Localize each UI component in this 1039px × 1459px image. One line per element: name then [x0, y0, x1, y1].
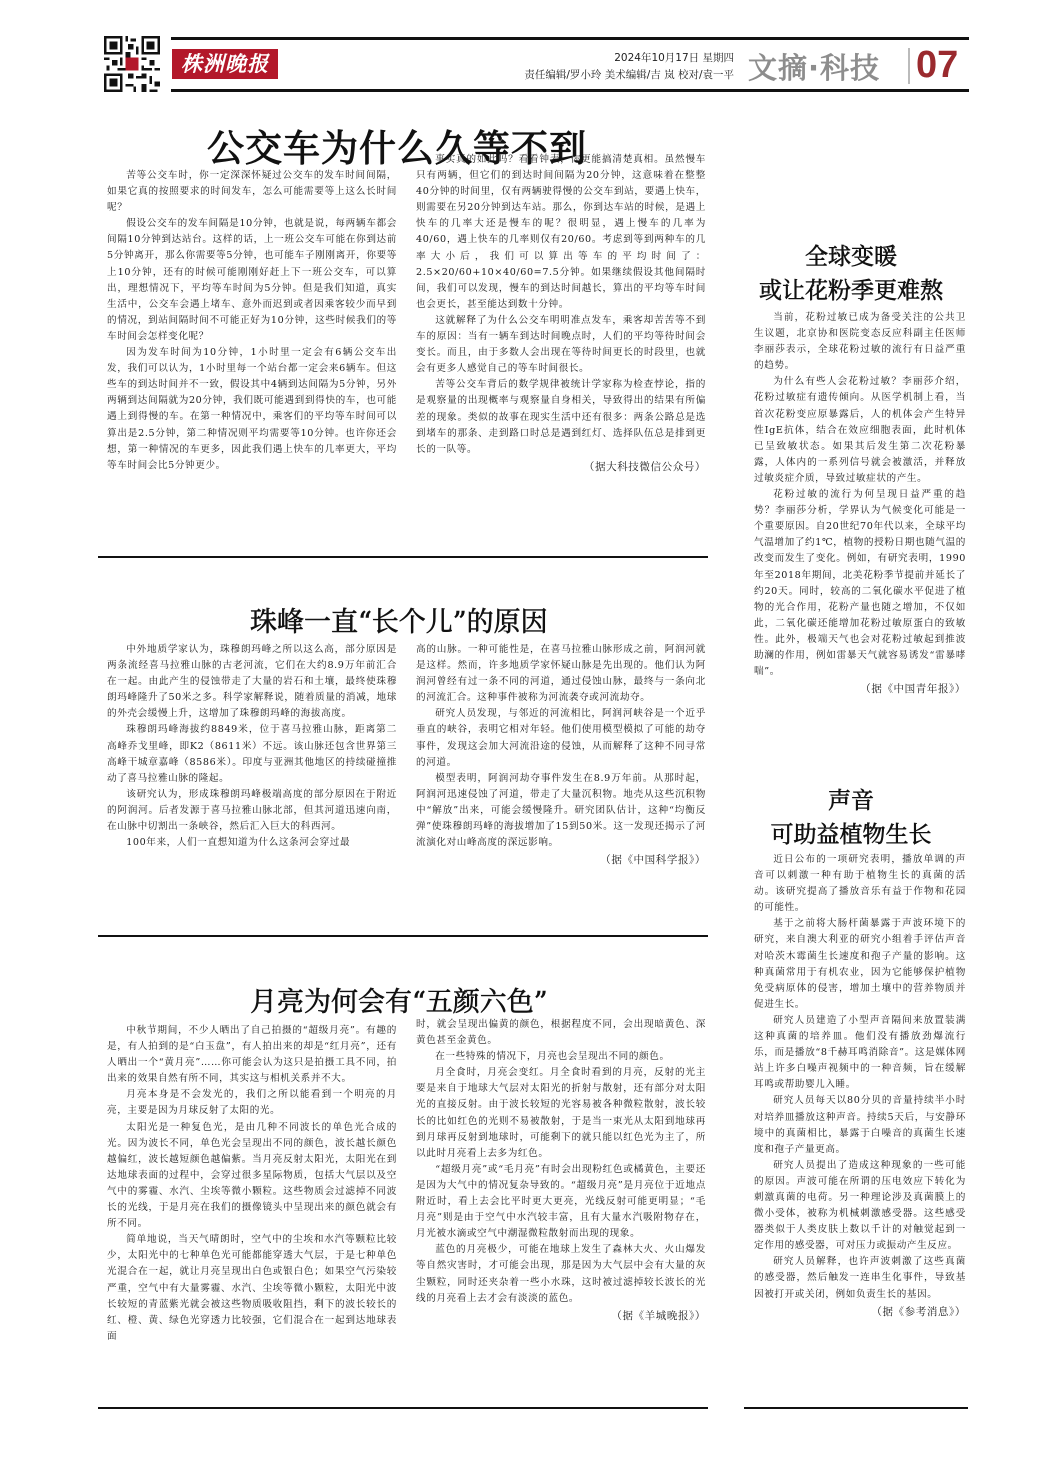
paragraph: 简单地说，当天气晴朗时，空气中的尘埃和水汽等颗粒比较少，太阳光中的七种单色光可能… — [107, 1232, 397, 1345]
article-source: （据《参考消息》） — [754, 1304, 966, 1320]
page-number: 07 — [916, 44, 958, 87]
page-bottom-rule — [744, 1407, 968, 1409]
title-line: 或让花粉季更难熬 — [740, 274, 962, 308]
article-moon-column-2: 时，就会呈现出偏黄的颜色，根据程度不同，会出现暗黄色、深黄色甚至金黄色。 在一些… — [416, 1017, 706, 1324]
paragraph: 假设公交车的发车间隔是10分钟，也就是说，每两辆车都会间隔10分钟到达站台。这样… — [107, 216, 397, 345]
paragraph: 研究人员建造了小型声音隔间来放置装满这种真菌的培养皿。他们没有播放劲爆流行乐，而… — [754, 1013, 966, 1093]
article-source: （据《羊城晚报》） — [416, 1308, 706, 1324]
paragraph: 时，就会呈现出偏黄的颜色，根据程度不同，会出现暗黄色、深黄色甚至金黄色。 — [416, 1017, 706, 1049]
paragraph: 近日公布的一项研究表明，播放单调的声音可以刺激一种有助于植物生长的真菌的活动。该… — [754, 852, 966, 916]
masthead-bottom-rule — [171, 89, 969, 92]
paragraph: 100年来，人们一直想知道为什么这条河会穿过最 — [107, 835, 397, 851]
article-divider — [98, 935, 708, 937]
paragraph: 高的山脉。一种可能性是，在喜马拉雅山脉形成之前，阿润河就是这样。然而，许多地质学… — [416, 642, 706, 706]
article-bus-column-1: 苦等公交车时，你一定深深怀疑过公交车的发车时间间隔，如果它真的按照要求的时间发车… — [107, 168, 397, 474]
title-line: 可助益植物生长 — [740, 818, 962, 852]
paragraph: 模型表明，阿润河劫夺事件发生在8.9万年前。从那时起，阿润河迅速侵蚀了河道，带走… — [416, 771, 706, 851]
paragraph: 太阳光是一种复色光，是由几种不同波长的单色光合成的光。因为波长不同，单色光会呈现… — [107, 1120, 397, 1233]
title-line: 声音 — [740, 784, 962, 818]
paragraph: 花粉过敏的流行为何呈现日益严重的趋势？李丽莎分析，学界认为气候变化可能是一个重要… — [754, 487, 966, 680]
paragraph: 该研究认为，形成珠穆朗玛峰极端高度的部分原因在于附近的阿润河。后者发源于喜马拉雅… — [107, 787, 397, 835]
paragraph: 中秋节期间，不少人晒出了自己拍摄的“超级月亮”。有趣的是，有人拍到的是“白玉盘”… — [107, 1023, 397, 1087]
article-source: （据《中国科学报》） — [416, 852, 706, 868]
article-pollen-column: 当前，花粉过敏已成为备受关注的公共卫生议题，北京协和医院变态反应科副主任医师李丽… — [754, 310, 966, 697]
paragraph: 珠穆朗玛峰海拔约8849米，位于喜马拉雅山脉，距离第二高峰乔戈里峰，即K2（86… — [107, 722, 397, 786]
paragraph: 为什么有些人会花粉过敏？李丽莎介绍，花粉过敏症有遗传倾向。从医学机制上看，当首次… — [754, 374, 966, 487]
paragraph: 在一些特殊的情况下，月亮也会呈现出不同的颜色。 — [416, 1049, 706, 1065]
paragraph: 蓝色的月亮极少，可能在地球上发生了森林大火、火山爆发等自然灾害时，才可能会出现，… — [416, 1242, 706, 1306]
article-source: （据《中国青年报》） — [754, 681, 966, 697]
paragraph: 研究人员提出了造成这种现象的一些可能的原因。声波可能在所谓的压电效应下转化为刺激… — [754, 1158, 966, 1255]
section-divider — [908, 48, 910, 84]
paragraph: 事实真的如此吗？看看钟表，你更能搞清楚真相。虽然慢车只有两辆，但它们的到达时间间… — [416, 152, 706, 313]
paragraph: 中外地质学家认为，珠穆朗玛峰之所以这么高，部分原因是两条流经喜马拉雅山脉的古老河… — [107, 642, 397, 722]
newspaper-logo: 株洲晚报 — [172, 49, 278, 79]
article-divider — [98, 556, 708, 558]
article-title-moon: 月亮为何会有“五颜六色” — [250, 980, 548, 1019]
article-title-sound: 声音 可助益植物生长 — [740, 784, 962, 852]
paragraph: 这就解释了为什么公交车明明准点发车，乘客却苦苦等不到车的原因：当有一辆车到达时间… — [416, 313, 706, 377]
title-line: 全球变暖 — [740, 240, 962, 274]
article-source: （据大科技微信公众号） — [416, 459, 706, 475]
article-sound-column: 近日公布的一项研究表明，播放单调的声音可以刺激一种有助于植物生长的真菌的活动。该… — [754, 852, 966, 1320]
paragraph: 当前，花粉过敏已成为备受关注的公共卫生议题，北京协和医院变态反应科副主任医师李丽… — [754, 310, 966, 374]
article-everest-column-2: 高的山脉。一种可能性是，在喜马拉雅山脉形成之前，阿润河就是这样。然而，许多地质学… — [416, 642, 706, 868]
paragraph: 研究人员解释，也许声波刺激了这些真菌的感受器，然后触发一连串生化事件，导致基因被… — [754, 1254, 966, 1302]
article-moon-column-1: 中秋节期间，不少人晒出了自己拍摄的“超级月亮”。有趣的是，有人拍到的是“白玉盘”… — [107, 1023, 397, 1345]
paragraph: “超级月亮”或“毛月亮”有时会出现粉红色或橘黄色，主要还是因为大气中的情况复杂导… — [416, 1162, 706, 1242]
paragraph: 苦等公交车背后的数学规律被统计学家称为检查悖论，指的是观察量的出现概率与观察量自… — [416, 377, 706, 457]
paragraph: 苦等公交车时，你一定深深怀疑过公交车的发车时间间隔，如果它真的按照要求的时间发车… — [107, 168, 397, 216]
paragraph: 研究人员每天以80分贝的音量持续半小时对培养皿播放这种声音。持续5天后，与安静环… — [754, 1093, 966, 1157]
article-title-pollen: 全球变暖 或让花粉季更难熬 — [740, 240, 962, 308]
paragraph: 基于之前将大肠杆菌暴露于声波环境下的研究，来自澳大利亚的研究小组着手评估声音对哈… — [754, 916, 966, 1013]
article-title-everest: 珠峰一直“长个儿”的原因 — [250, 600, 548, 639]
section-title: 文摘·科技 — [748, 46, 880, 87]
article-everest-column-1: 中外地质学家认为，珠穆朗玛峰之所以这么高，部分原因是两条流经喜马拉雅山脉的古老河… — [107, 642, 397, 851]
paragraph: 研究人员发现，与邻近的河流相比，阿润河峡谷是一个近乎垂直的峡谷，表明它相对年轻。… — [416, 706, 706, 770]
page-bottom-rule — [98, 1407, 708, 1409]
issue-date: 2024年10月17日 星期四 — [614, 50, 734, 65]
article-bus-column-2: 事实真的如此吗？看看钟表，你更能搞清楚真相。虽然慢车只有两辆，但它们的到达时间间… — [416, 152, 706, 475]
paragraph: 月亮本身是不会发光的，我们之所以能看到一个明亮的月亮，主要是因为月球反射了太阳的… — [107, 1087, 397, 1119]
masthead-top-rule — [171, 37, 969, 40]
editor-credits: 责任编辑/罗小玲 美术编辑/吉 岚 校对/袁一平 — [524, 67, 734, 82]
paragraph: 因为发车时间为10分钟，1小时里一定会有6辆公交车出发，我们可以认为，1小时里每… — [107, 345, 397, 474]
qr-code — [104, 36, 160, 92]
paragraph: 月全食时，月亮会变红。月全食时看到的月亮，反射的光主要是来自于地球大气层对太阳光… — [416, 1065, 706, 1162]
